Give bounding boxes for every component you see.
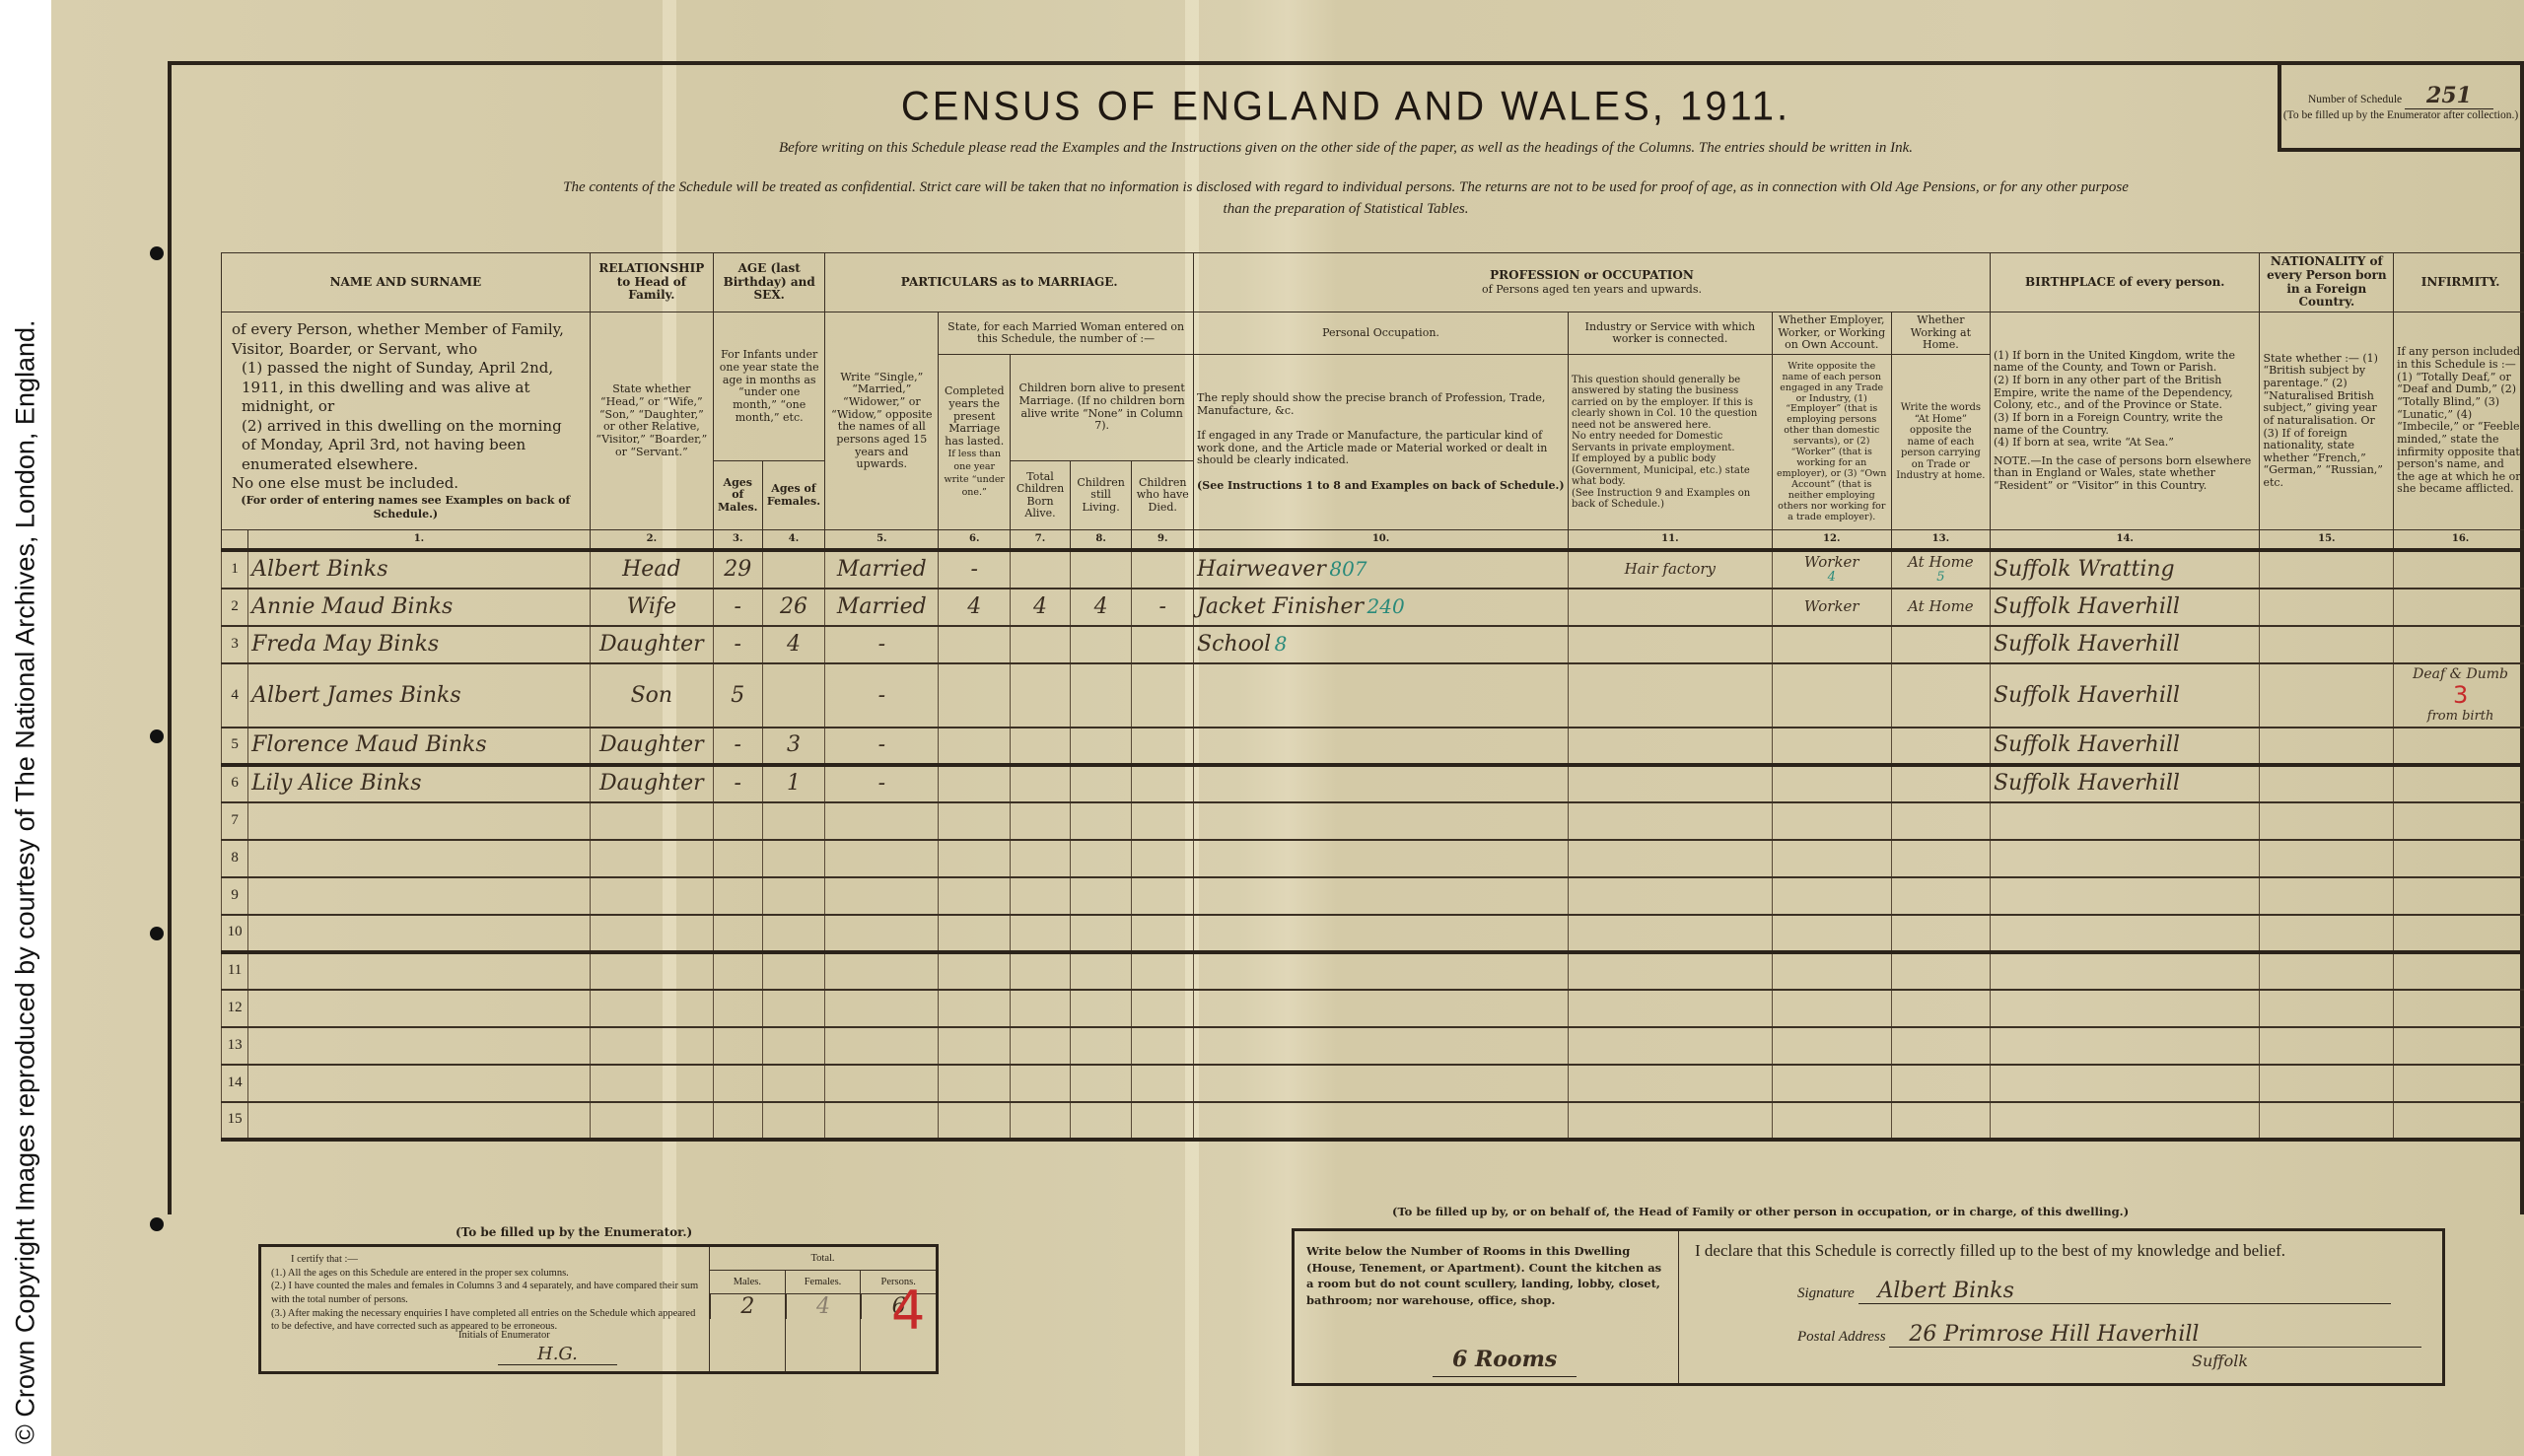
empty-cell <box>1194 952 1569 990</box>
row-number: 3 <box>222 626 248 663</box>
cell-name: Annie Maud Binks <box>248 589 591 626</box>
cell-occupation: Jacket Finisher 240 <box>1194 589 1569 626</box>
empty-cell <box>939 915 1011 952</box>
empty-cell <box>248 802 591 840</box>
col-name-desc: of every Person, whether Member of Famil… <box>222 312 591 530</box>
empty-cell <box>1070 840 1132 877</box>
cell-industry <box>1569 728 1773 765</box>
col-personal-occupation-header: Personal Occupation. <box>1194 312 1569 355</box>
column-number-row: 1.2. 3.4. 5.6.7.8.9. 10.11.12.13. 14.15.… <box>222 530 2524 550</box>
empty-cell <box>1194 1027 1569 1065</box>
empty-cell <box>825 1027 939 1065</box>
cell-marital: Married <box>825 589 939 626</box>
empty-cell <box>1569 1027 1773 1065</box>
initials-label: Initials of Enumerator <box>458 1330 550 1341</box>
table-row-empty: 11 <box>222 952 2524 990</box>
copyright-strip: © Crown Copyright Images reproduced by c… <box>0 0 51 1456</box>
cell-home <box>1891 728 1990 765</box>
cell-occupation <box>1194 663 1569 728</box>
cell-marital: - <box>825 765 939 802</box>
empty-cell <box>1011 1102 1071 1140</box>
cell-industry: Hair factory <box>1569 550 1773 589</box>
row-number: 14 <box>222 1065 248 1102</box>
cell-born_alive: 4 <box>1011 589 1071 626</box>
declaration-section: I declare that this Schedule is correctl… <box>1679 1231 2442 1383</box>
empty-cell <box>1772 1027 1891 1065</box>
row-number: 11 <box>222 952 248 990</box>
empty-cell <box>1990 877 2259 915</box>
empty-cell <box>1011 1027 1071 1065</box>
empty-cell <box>2260 877 2394 915</box>
col-birthplace-desc: (1) If born in the United Kingdom, write… <box>1990 312 2259 530</box>
empty-cell <box>590 915 713 952</box>
occupation-code: 8 <box>1275 632 1288 656</box>
row-number: 15 <box>222 1102 248 1140</box>
row-number: 7 <box>222 802 248 840</box>
table-row: 2Annie Maud BinksWife-26Married444-Jacke… <box>222 589 2524 626</box>
cell-years_married <box>939 626 1011 663</box>
empty-cell <box>1891 877 1990 915</box>
cell-relationship: Daughter <box>590 765 713 802</box>
instruction-line: Before writing on this Schedule please r… <box>172 140 2520 157</box>
cell-infirmity <box>2394 626 2524 663</box>
empty-cell <box>713 1102 762 1140</box>
cell-died <box>1132 663 1194 728</box>
cell-home: At Home <box>1891 589 1990 626</box>
table-row-empty: 9 <box>222 877 2524 915</box>
empty-cell <box>1011 915 1071 952</box>
empty-cell <box>762 915 825 952</box>
empty-cell <box>1194 990 1569 1027</box>
empty-cell <box>762 877 825 915</box>
cell-years_married <box>939 663 1011 728</box>
empty-cell <box>939 877 1011 915</box>
empty-cell <box>1070 1065 1132 1102</box>
empty-cell <box>1891 915 1990 952</box>
col-marital-desc: Write “Single,” “Married,” “Widower,” or… <box>825 312 939 530</box>
empty-cell <box>248 877 591 915</box>
col-married-woman-desc: State, for each Married Woman entered on… <box>939 312 1194 355</box>
empty-cell <box>2394 1102 2524 1140</box>
row-number: 5 <box>222 728 248 765</box>
empty-cell <box>1891 840 1990 877</box>
empty-cell <box>2260 1065 2394 1102</box>
cell-name: Albert James Binks <box>248 663 591 728</box>
empty-cell <box>825 915 939 952</box>
punch-hole <box>150 729 164 743</box>
occupation-code: 807 <box>1329 557 1367 581</box>
punch-hole <box>150 927 164 940</box>
col-occupation-header: PROFESSION or OCCUPATIONof Persons aged … <box>1194 253 1991 312</box>
enumerator-initials: H.G. <box>498 1344 617 1365</box>
enumerator-caption: (To be filled up by the Enumerator.) <box>456 1225 692 1239</box>
empty-cell <box>2394 1065 2524 1102</box>
col-industry-desc: This question should generally be answer… <box>1569 355 1773 530</box>
empty-cell <box>1132 802 1194 840</box>
empty-cell <box>1772 877 1891 915</box>
empty-cell <box>1132 840 1194 877</box>
cell-living <box>1070 728 1132 765</box>
empty-cell <box>939 802 1011 840</box>
empty-cell <box>590 990 713 1027</box>
cell-died: - <box>1132 589 1194 626</box>
empty-cell <box>1891 952 1990 990</box>
empty-cell <box>248 1065 591 1102</box>
empty-cell <box>2394 802 2524 840</box>
empty-cell <box>1990 915 2259 952</box>
empty-cell <box>590 952 713 990</box>
cell-occupation: School 8 <box>1194 626 1569 663</box>
empty-cell <box>1891 802 1990 840</box>
empty-cell <box>1990 990 2259 1027</box>
empty-cell <box>1772 840 1891 877</box>
empty-cell <box>1194 915 1569 952</box>
empty-cell <box>2260 1102 2394 1140</box>
total-females: 4 <box>786 1294 861 1319</box>
empty-cell <box>248 990 591 1027</box>
empty-cell <box>248 840 591 877</box>
empty-cell <box>590 802 713 840</box>
table-row-empty: 14 <box>222 1065 2524 1102</box>
empty-cell <box>1569 802 1773 840</box>
empty-cell <box>2394 952 2524 990</box>
cell-years_married: - <box>939 550 1011 589</box>
empty-cell <box>1891 1027 1990 1065</box>
empty-cell <box>1194 840 1569 877</box>
rooms-count: 6 Rooms <box>1433 1345 1577 1377</box>
empty-cell <box>1194 1065 1569 1102</box>
empty-cell <box>1569 915 1773 952</box>
cell-home <box>1891 663 1990 728</box>
head-of-family-box: Write below the Number of Rooms in this … <box>1292 1228 2445 1386</box>
cell-age_m: - <box>713 765 762 802</box>
empty-cell <box>1132 990 1194 1027</box>
empty-cell <box>1194 802 1569 840</box>
cell-employer: Worker4 <box>1772 550 1891 589</box>
col-infirmity-header: INFIRMITY. <box>2394 253 2524 312</box>
empty-cell <box>1011 990 1071 1027</box>
empty-cell <box>1569 1102 1773 1140</box>
cell-years_married <box>939 728 1011 765</box>
empty-cell <box>825 990 939 1027</box>
cell-years_married <box>939 765 1011 802</box>
empty-cell <box>825 840 939 877</box>
empty-cell <box>1772 1065 1891 1102</box>
table-row-empty: 12 <box>222 990 2524 1027</box>
empty-cell <box>2260 990 2394 1027</box>
cell-name: Florence Maud Binks <box>248 728 591 765</box>
empty-cell <box>1891 1102 1990 1140</box>
empty-cell <box>713 952 762 990</box>
postal-address-county: Suffolk <box>2192 1352 2248 1370</box>
empty-cell <box>1132 952 1194 990</box>
cell-name: Freda May Binks <box>248 626 591 663</box>
col-nationality-header: NATIONALITY of every Person born in a Fo… <box>2260 253 2394 312</box>
empty-cell <box>713 1027 762 1065</box>
empty-cell <box>1132 915 1194 952</box>
col-died-header: Children who have Died. <box>1132 461 1194 530</box>
punch-hole <box>150 246 164 260</box>
empty-cell <box>1569 952 1773 990</box>
cell-infirmity <box>2394 728 2524 765</box>
cell-relationship: Wife <box>590 589 713 626</box>
table-row-empty: 13 <box>222 1027 2524 1065</box>
empty-cell <box>2394 877 2524 915</box>
cell-birthplace: Suffolk Haverhill <box>1990 765 2259 802</box>
cell-birthplace: Suffolk Wratting <box>1990 550 2259 589</box>
empty-cell <box>939 952 1011 990</box>
cell-marital: Married <box>825 550 939 589</box>
occupation-code: 240 <box>1367 594 1405 618</box>
col-home-desc: Write the words “At Home” opposite the n… <box>1891 355 1990 530</box>
cell-born_alive <box>1011 728 1071 765</box>
cell-relationship: Son <box>590 663 713 728</box>
cell-nationality <box>2260 765 2394 802</box>
red-tally-mark: 4 <box>891 1280 925 1342</box>
cell-relationship: Daughter <box>590 728 713 765</box>
col-personal-occupation-desc: The reply should show the precise branch… <box>1194 355 1569 530</box>
cell-age_m: - <box>713 626 762 663</box>
empty-cell <box>713 1065 762 1102</box>
col-males-header: Ages of Males. <box>713 461 762 530</box>
cell-age_f <box>762 663 825 728</box>
empty-cell <box>1990 1102 2259 1140</box>
col-employer-header: Whether Employer, Worker, or Working on … <box>1772 312 1891 355</box>
empty-cell <box>939 1065 1011 1102</box>
row-number: 6 <box>222 765 248 802</box>
empty-cell <box>825 952 939 990</box>
cell-infirmity <box>2394 550 2524 589</box>
empty-cell <box>1772 952 1891 990</box>
cell-marital: - <box>825 663 939 728</box>
confidential-line-2: than the preparation of Statistical Tabl… <box>172 201 2520 218</box>
empty-cell <box>1070 1027 1132 1065</box>
empty-cell <box>825 1102 939 1140</box>
cell-infirmity <box>2394 765 2524 802</box>
cell-age_m: 29 <box>713 550 762 589</box>
home-code: 5 <box>1936 570 1944 585</box>
empty-cell <box>1070 915 1132 952</box>
empty-cell <box>1990 952 2259 990</box>
col-completed-years-desc: Completed years the present Marriage has… <box>939 355 1011 530</box>
empty-cell <box>1011 802 1071 840</box>
table-row: 6Lily Alice BinksDaughter-1- Suffolk Hav… <box>222 765 2524 802</box>
cell-age_f: 3 <box>762 728 825 765</box>
cell-living <box>1070 765 1132 802</box>
table-row: 5Florence Maud BinksDaughter-3- Suffolk … <box>222 728 2524 765</box>
schedule-number-label: Number of Schedule <box>2308 94 2402 105</box>
cell-home <box>1891 765 1990 802</box>
cell-infirmity: Deaf & Dumb3from birth <box>2394 663 2524 728</box>
cell-occupation <box>1194 765 1569 802</box>
col-birthplace-header: BIRTHPLACE of every person. <box>1990 253 2259 312</box>
empty-cell <box>1132 877 1194 915</box>
confidential-line: The contents of the Schedule will be tre… <box>172 179 2520 196</box>
col-age-header: AGE (last Birthday) and SEX. <box>713 253 824 312</box>
empty-cell <box>590 1065 713 1102</box>
cell-employer <box>1772 765 1891 802</box>
empty-cell <box>1011 1065 1071 1102</box>
empty-cell <box>590 1027 713 1065</box>
census-table: NAME AND SURNAME RELATIONSHIP to Head of… <box>221 252 2524 1142</box>
header-row-1: NAME AND SURNAME RELATIONSHIP to Head of… <box>222 253 2524 312</box>
empty-cell <box>590 877 713 915</box>
schedule-number: 251 <box>2426 83 2472 108</box>
col-relationship-header: RELATIONSHIP to Head of Family. <box>590 253 713 312</box>
empty-cell <box>1011 877 1071 915</box>
cell-living <box>1070 626 1132 663</box>
table-row-empty: 10 <box>222 915 2524 952</box>
empty-cell <box>2394 990 2524 1027</box>
empty-cell <box>2260 840 2394 877</box>
table-row: 4Albert James BinksSon5- Suffolk Haverhi… <box>222 663 2524 728</box>
cell-birthplace: Suffolk Haverhill <box>1990 626 2259 663</box>
head-of-family-caption: (To be filled up by, or on behalf of, th… <box>1392 1205 2129 1218</box>
empty-cell <box>1891 990 1990 1027</box>
cell-nationality <box>2260 550 2394 589</box>
empty-cell <box>825 877 939 915</box>
row-number: 1 <box>222 550 248 589</box>
empty-cell <box>1772 990 1891 1027</box>
row-number: 9 <box>222 877 248 915</box>
empty-cell <box>1990 802 2259 840</box>
infirmity-code: 3 <box>2453 681 2468 709</box>
empty-cell <box>248 952 591 990</box>
cell-marital: - <box>825 626 939 663</box>
empty-cell <box>1772 1102 1891 1140</box>
table-row: 1Albert BinksHead29Married-Hairweaver 80… <box>222 550 2524 589</box>
empty-cell <box>762 952 825 990</box>
empty-cell <box>762 1027 825 1065</box>
cell-nationality <box>2260 728 2394 765</box>
empty-cell <box>1194 1102 1569 1140</box>
empty-cell <box>713 915 762 952</box>
cell-employer: Worker <box>1772 589 1891 626</box>
empty-cell <box>1132 1027 1194 1065</box>
empty-cell <box>939 840 1011 877</box>
empty-cell <box>2260 802 2394 840</box>
empty-cell <box>1011 952 1071 990</box>
cell-born_alive <box>1011 550 1071 589</box>
empty-cell <box>1132 1065 1194 1102</box>
cell-industry <box>1569 765 1773 802</box>
schedule-number-note: (To be filled up by the Enumerator after… <box>2283 109 2518 121</box>
cell-living <box>1070 663 1132 728</box>
row-number: 4 <box>222 663 248 728</box>
empty-cell <box>1070 990 1132 1027</box>
cell-employer <box>1772 626 1891 663</box>
cell-industry <box>1569 589 1773 626</box>
empty-cell <box>1990 840 2259 877</box>
col-employer-desc: Write opposite the name of each person e… <box>1772 355 1891 530</box>
col-infirmity-desc: If any person included in this Schedule … <box>2394 312 2524 530</box>
schedule-number-box: Number of Schedule 251 (To be filled up … <box>2278 61 2524 152</box>
cell-employer <box>1772 728 1891 765</box>
punch-hole <box>150 1217 164 1231</box>
empty-cell <box>713 840 762 877</box>
cell-born_alive <box>1011 626 1071 663</box>
empty-cell <box>2394 915 2524 952</box>
cell-occupation <box>1194 728 1569 765</box>
cell-age_f <box>762 550 825 589</box>
cell-home <box>1891 626 1990 663</box>
col-total-born-header: Total Children Born Alive. <box>1011 461 1071 530</box>
cell-nationality <box>2260 663 2394 728</box>
cell-infirmity <box>2394 589 2524 626</box>
empty-cell <box>939 1102 1011 1140</box>
col-females-header: Ages of Females. <box>762 461 825 530</box>
empty-cell <box>590 1102 713 1140</box>
empty-cell <box>762 1102 825 1140</box>
cell-birthplace: Suffolk Haverhill <box>1990 663 2259 728</box>
empty-cell <box>762 802 825 840</box>
empty-cell <box>1070 952 1132 990</box>
empty-cell <box>248 915 591 952</box>
cell-name: Albert Binks <box>248 550 591 589</box>
empty-cell <box>939 990 1011 1027</box>
empty-cell <box>1990 1027 2259 1065</box>
empty-cell <box>1070 877 1132 915</box>
row-number: 8 <box>222 840 248 877</box>
cell-age_m: - <box>713 589 762 626</box>
empty-cell <box>713 990 762 1027</box>
col-relationship-desc: State whether “Head,” or “Wife,” “Son,” … <box>590 312 713 530</box>
cell-marital: - <box>825 728 939 765</box>
census-schedule: CENSUS OF ENGLAND AND WALES, 1911. Befor… <box>51 0 2524 1456</box>
cell-name: Lily Alice Binks <box>248 765 591 802</box>
empty-cell <box>1569 1065 1773 1102</box>
empty-cell <box>1772 915 1891 952</box>
cell-living: 4 <box>1070 589 1132 626</box>
cell-birthplace: Suffolk Haverhill <box>1990 728 2259 765</box>
col-living-header: Children still Living. <box>1070 461 1132 530</box>
row-number: 10 <box>222 915 248 952</box>
cell-died <box>1132 626 1194 663</box>
empty-cell <box>2260 952 2394 990</box>
table-row-empty: 8 <box>222 840 2524 877</box>
empty-cell <box>1569 840 1773 877</box>
total-males: 2 <box>710 1294 785 1319</box>
empty-cell <box>1891 1065 1990 1102</box>
cell-occupation: Hairweaver 807 <box>1194 550 1569 589</box>
cell-relationship: Daughter <box>590 626 713 663</box>
col-age-desc: For Infants under one year state the age… <box>713 312 824 461</box>
empty-cell <box>1990 1065 2259 1102</box>
postal-address: 26 Primrose Hill Haverhill <box>1889 1322 2421 1348</box>
cell-age_f: 26 <box>762 589 825 626</box>
cell-age_m: 5 <box>713 663 762 728</box>
rooms-section: Write below the Number of Rooms in this … <box>1295 1231 1679 1383</box>
empty-cell <box>1569 990 1773 1027</box>
cell-industry <box>1569 663 1773 728</box>
row-number: 2 <box>222 589 248 626</box>
empty-cell <box>1772 802 1891 840</box>
empty-cell <box>1070 1102 1132 1140</box>
copyright-text: © Crown Copyright Images reproduced by c… <box>11 319 41 1444</box>
empty-cell <box>2394 1027 2524 1065</box>
cell-living <box>1070 550 1132 589</box>
cell-birthplace: Suffolk Haverhill <box>1990 589 2259 626</box>
col-name-header: NAME AND SURNAME <box>222 253 591 312</box>
cell-born_alive <box>1011 765 1071 802</box>
empty-cell <box>1011 840 1071 877</box>
empty-cell <box>1132 1102 1194 1140</box>
col-home-header: Whether Working at Home. <box>1891 312 1990 355</box>
empty-cell <box>762 840 825 877</box>
empty-cell <box>825 802 939 840</box>
col-children-desc: Children born alive to present Marriage.… <box>1011 355 1194 461</box>
page-title: CENSUS OF ENGLAND AND WALES, 1911. <box>172 84 2520 130</box>
